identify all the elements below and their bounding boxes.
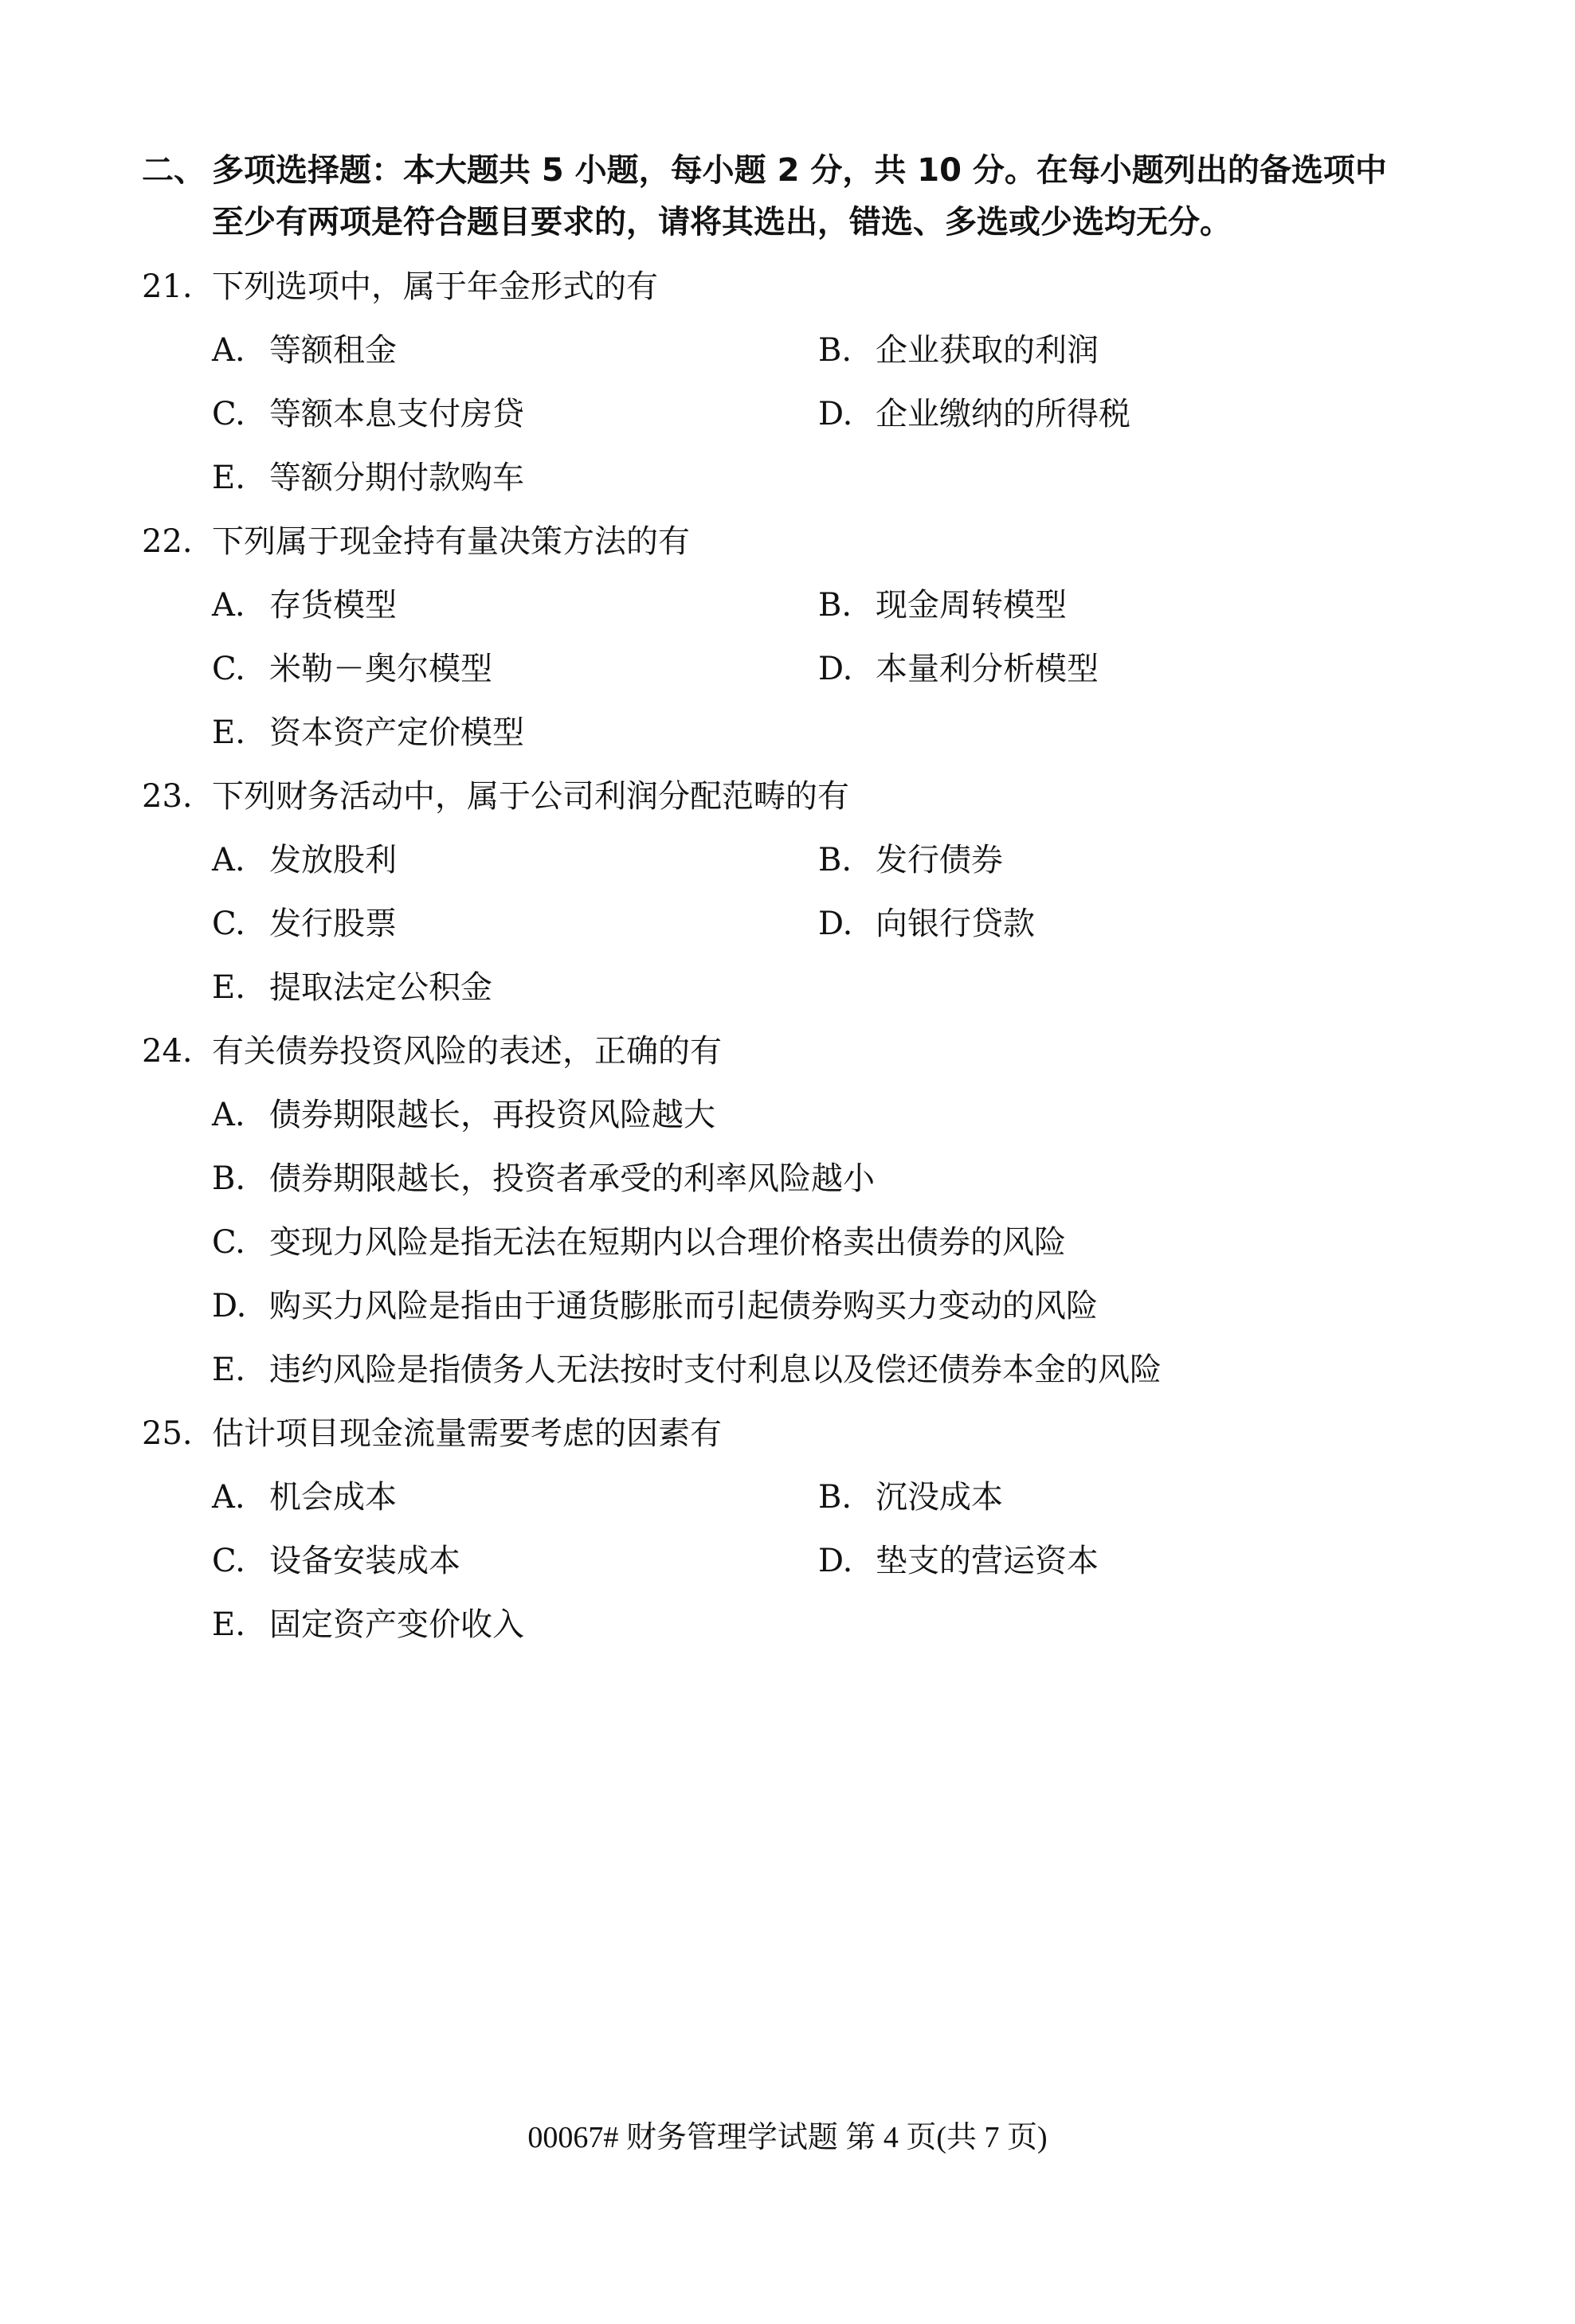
option-label: A. [212,841,269,879]
question-number: 23. [142,777,212,816]
option-label: E. [212,1606,269,1644]
option-text: 现金周转模型 [876,587,1067,624]
question-text: 下列属于现金持有量决策方法的有 [212,523,690,560]
question-text: 估计项目现金流量需要考虑的因素有 [212,1415,722,1452]
option-label: D. [212,1287,269,1325]
option-label: C. [212,650,269,688]
question-number: 25. [142,1414,212,1453]
page-footer: 00067# 财务管理学试题 第 4 页(共 7 页) [0,2119,1575,2157]
option-text: 沉没成本 [876,1479,1003,1516]
option-label: B. [212,1160,269,1198]
option-label: B. [818,1478,876,1516]
option-25-e: E.固定资产变价收入 [212,1606,524,1644]
option-23-c: C.发行股票 [212,905,397,943]
option-25-d: D.垫支的营运资本 [818,1542,1099,1580]
option-label: C. [212,1542,269,1580]
option-label: D. [818,395,876,433]
option-24-a: A.债券期限越长，再投资风险越大 [212,1096,715,1134]
option-label: C. [212,395,269,433]
option-21-c: C.等额本息支付房贷 [212,395,524,433]
section-heading-line-1: 二、多项选择题：本大题共 5 小题，每小题 2 分，共 10 分。在每小题列出的… [142,151,1387,190]
option-text: 机会成本 [269,1479,397,1516]
option-24-c: C.变现力风险是指无法在短期内以合理价格卖出债券的风险 [212,1223,1066,1262]
option-22-c: C.米勒－奥尔模型 [212,650,492,688]
question-21-stem: 21.下列选项中，属于年金形式的有 [142,268,658,306]
option-label: C. [212,905,269,943]
option-21-a: A.等额租金 [212,331,397,370]
option-text: 资本资产定价模型 [269,714,524,751]
question-text: 下列选项中，属于年金形式的有 [212,268,658,305]
option-label: B. [818,841,876,879]
option-23-b: B.发行债券 [818,841,1003,879]
option-text: 提取法定公积金 [269,969,492,1006]
option-22-b: B.现金周转模型 [818,586,1067,624]
option-label: E. [212,1351,269,1389]
option-text: 购买力风险是指由于通货膨胀而引起债券购买力变动的风险 [269,1288,1098,1324]
question-text: 下列财务活动中，属于公司利润分配范畴的有 [212,778,849,815]
option-label: D. [818,650,876,688]
option-label: A. [212,1478,269,1516]
question-number: 21. [142,268,212,306]
option-label: B. [818,331,876,370]
option-text: 等额本息支付房贷 [269,396,524,432]
option-text: 固定资产变价收入 [269,1606,524,1643]
option-label: A. [212,331,269,370]
option-text: 垫支的营运资本 [876,1543,1099,1579]
section-heading-line-2: 至少有两项是符合题目要求的，请将其选出，错选、多选或少选均无分。 [212,203,1232,241]
option-24-d: D.购买力风险是指由于通货膨胀而引起债券购买力变动的风险 [212,1287,1098,1325]
option-23-a: A.发放股利 [212,841,397,879]
question-text: 有关债券投资风险的表述，正确的有 [212,1033,722,1070]
option-label: E. [212,714,269,752]
option-21-b: B.企业获取的利润 [818,331,1099,370]
option-text: 发行股票 [269,906,397,942]
option-text: 等额租金 [269,332,397,369]
section-instructions-1: 多项选择题：本大题共 5 小题，每小题 2 分，共 10 分。在每小题列出的备选… [212,152,1387,189]
option-25-c: C.设备安装成本 [212,1542,460,1580]
option-21-e: E.等额分期付款购车 [212,459,524,497]
question-24-stem: 24.有关债券投资风险的表述，正确的有 [142,1032,722,1070]
option-25-a: A.机会成本 [212,1478,397,1516]
option-text: 等额分期付款购车 [269,460,524,496]
option-23-d: D.向银行贷款 [818,905,1035,943]
section-marker: 二、 [142,151,212,190]
option-label: A. [212,1096,269,1134]
option-24-b: B.债券期限越长，投资者承受的利率风险越小 [212,1160,875,1198]
question-number: 24. [142,1032,212,1070]
option-text: 发行债券 [876,842,1003,878]
option-22-e: E.资本资产定价模型 [212,714,524,752]
option-text: 设备安装成本 [269,1543,460,1579]
option-text: 米勒－奥尔模型 [269,651,492,687]
option-25-b: B.沉没成本 [818,1478,1003,1516]
option-text: 本量利分析模型 [876,651,1099,687]
option-text: 违约风险是指债务人无法按时支付利息以及偿还债券本金的风险 [269,1352,1162,1388]
option-label: E. [212,968,269,1007]
option-24-e: E.违约风险是指债务人无法按时支付利息以及偿还债券本金的风险 [212,1351,1162,1389]
option-22-a: A.存货模型 [212,586,397,624]
option-text: 向银行贷款 [876,906,1035,942]
option-label: C. [212,1223,269,1262]
question-23-stem: 23.下列财务活动中，属于公司利润分配范畴的有 [142,777,849,816]
option-text: 企业缴纳的所得税 [876,396,1130,432]
option-label: A. [212,586,269,624]
question-number: 22. [142,522,212,561]
option-22-d: D.本量利分析模型 [818,650,1099,688]
option-text: 存货模型 [269,587,397,624]
option-label: D. [818,905,876,943]
question-25-stem: 25.估计项目现金流量需要考虑的因素有 [142,1414,722,1453]
option-23-e: E.提取法定公积金 [212,968,492,1007]
option-text: 发放股利 [269,842,397,878]
option-label: D. [818,1542,876,1580]
option-label: E. [212,459,269,497]
option-text: 债券期限越长，投资者承受的利率风险越小 [269,1160,875,1197]
question-22-stem: 22.下列属于现金持有量决策方法的有 [142,522,690,561]
option-label: B. [818,586,876,624]
option-text: 企业获取的利润 [876,332,1099,369]
option-text: 债券期限越长，再投资风险越大 [269,1097,715,1133]
option-21-d: D.企业缴纳的所得税 [818,395,1130,433]
option-text: 变现力风险是指无法在短期内以合理价格卖出债券的风险 [269,1224,1066,1261]
